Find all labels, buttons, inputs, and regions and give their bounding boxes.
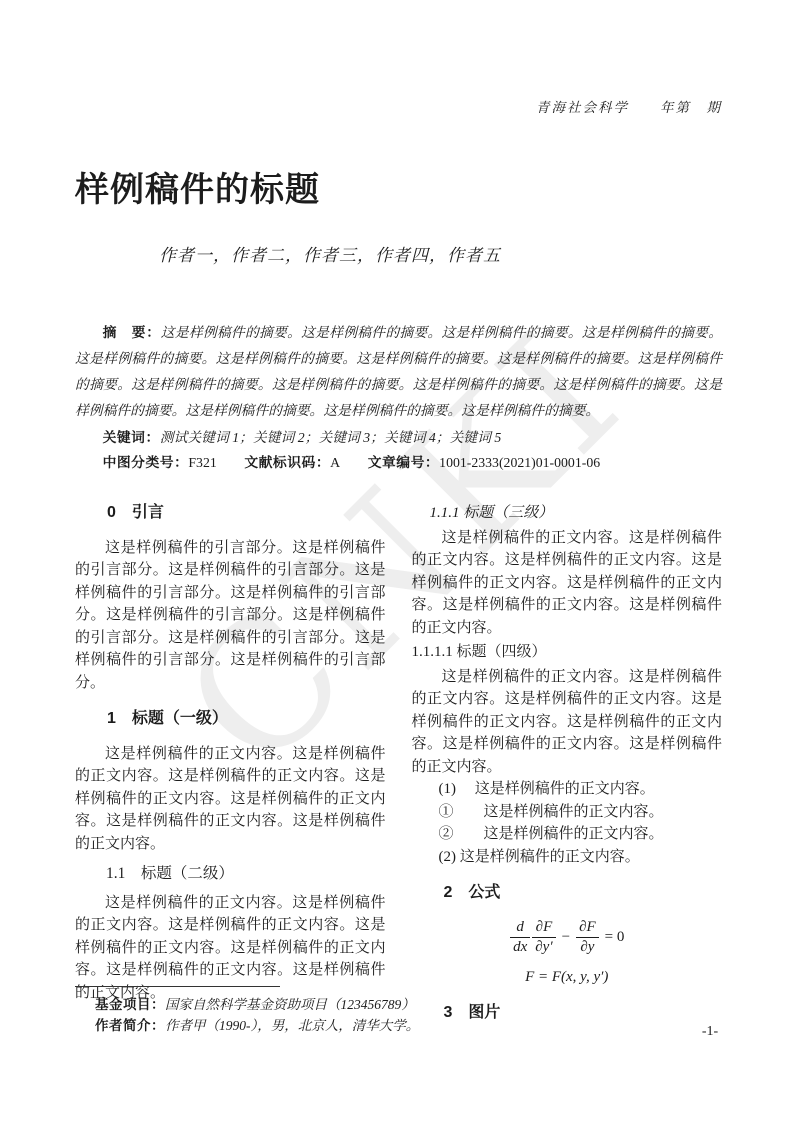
- keywords-text: 测试关键词 1；关键词 2；关键词 3；关键词 4；关键词 5: [160, 430, 501, 445]
- document-page: CNKI 青海社会科学 年第 期 样例稿件的标题 作者一，作者二，作者三，作者四…: [0, 0, 794, 1123]
- left-column: 0 引言 这是样例稿件的引言部分。这是样例稿件的引言部分。这是样例稿件的引言部分…: [75, 500, 386, 1037]
- abstract-paragraph: 摘 要：这是样例稿件的摘要。这是样例稿件的摘要。这是样例稿件的摘要。这是样例稿件…: [75, 320, 722, 424]
- heading-level4: 1.1.1.1 标题（四级）: [412, 641, 723, 664]
- keywords-label: 关键词：: [103, 430, 160, 445]
- two-column-body: 0 引言 这是样例稿件的引言部分。这是样例稿件的引言部分。这是样例稿件的引言部分…: [75, 500, 722, 1037]
- page-number: -1-: [690, 1024, 730, 1040]
- heading-intro: 0 引言: [75, 502, 386, 525]
- fraction-d-dx: ddx: [510, 919, 530, 956]
- footnote-rule: [75, 986, 280, 987]
- denominator: ∂y′: [532, 938, 555, 956]
- formula-block: ddx∂F∂y′−∂F∂y= 0 F = F(x, y, y′): [412, 919, 723, 989]
- article-title: 样例稿件的标题: [75, 162, 722, 211]
- footnote-block: 基金项目：国家自然科学基金资助项目（123456789） 作者简介：作者甲（19…: [75, 986, 495, 1036]
- abstract-text: 这是样例稿件的摘要。这是样例稿件的摘要。这是样例稿件的摘要。这是样例稿件的摘要。…: [75, 325, 722, 418]
- page-content: 青海社会科学 年第 期 样例稿件的标题 作者一，作者二，作者三，作者四，作者五 …: [0, 0, 794, 1037]
- euler-lagrange-formula: ddx∂F∂y′−∂F∂y= 0: [412, 919, 723, 956]
- numerator: d: [510, 919, 530, 938]
- list-item: (2) 这是样例稿件的正文内容。: [412, 846, 723, 869]
- bio-line: 作者简介：作者甲（1990-），男，北京人，清华大学。: [75, 1015, 495, 1036]
- classification-line: 中图分类号：F321文献标识码：A文章编号：1001-2333(2021)01-…: [75, 452, 722, 474]
- doc-code-label: 文献标识码：: [244, 455, 330, 470]
- intro-paragraph: 这是样例稿件的引言部分。这是样例稿件的引言部分。这是样例稿件的引言部分。这是样例…: [75, 537, 386, 695]
- right-column: 1.1.1 标题（三级） 这是样例稿件的正文内容。这是样例稿件的正文内容。这是样…: [412, 500, 723, 1037]
- meta-block: 摘 要：这是样例稿件的摘要。这是样例稿件的摘要。这是样例稿件的摘要。这是样例稿件…: [75, 320, 722, 474]
- doc-code-value: A: [330, 455, 340, 470]
- article-id-value: 1001-2333(2021)01-0001-06: [439, 455, 600, 470]
- body-paragraph: 这是样例稿件的正文内容。这是样例稿件的正文内容。这是样例稿件的正文内容。这是样例…: [412, 666, 723, 779]
- article-id-label: 文章编号：: [368, 455, 439, 470]
- body-paragraph: 这是样例稿件的正文内容。这是样例稿件的正文内容。这是样例稿件的正文内容。这是样例…: [412, 527, 723, 640]
- abstract-label: 摘 要：: [103, 325, 161, 340]
- heading-formula: 2 公式: [412, 882, 723, 905]
- author-line: 作者一，作者二，作者三，作者四，作者五: [75, 241, 585, 266]
- functional-formula: F = F(x, y, y′): [412, 966, 723, 989]
- body-paragraph: 这是样例稿件的正文内容。这是样例稿件的正文内容。这是样例稿件的正文内容。这是样例…: [75, 743, 386, 856]
- journal-header: 青海社会科学 年第 期: [75, 96, 722, 116]
- fund-text: 国家自然科学基金资助项目（123456789）: [165, 997, 415, 1012]
- heading-level2: 1.1 标题（二级）: [75, 863, 386, 886]
- minus-operator: −: [562, 926, 570, 949]
- numerator: ∂F: [576, 919, 599, 938]
- keywords-line: 关键词：测试关键词 1；关键词 2；关键词 3；关键词 4；关键词 5: [75, 427, 722, 449]
- bio-text: 作者甲（1990-），男，北京人，清华大学。: [165, 1018, 419, 1033]
- equals-zero: = 0: [605, 926, 625, 949]
- numerator: ∂F: [532, 919, 555, 938]
- denominator: ∂y: [576, 938, 599, 956]
- fraction-dF-dyprime: ∂F∂y′: [532, 919, 555, 956]
- denominator: dx: [510, 938, 530, 956]
- list-item: ① 这是样例稿件的正文内容。: [412, 801, 723, 824]
- fund-label: 基金项目：: [95, 997, 165, 1012]
- bio-label: 作者简介：: [95, 1018, 165, 1033]
- fraction-dF-dy: ∂F∂y: [576, 919, 599, 956]
- clc-label: 中图分类号：: [103, 455, 189, 470]
- clc-value: F321: [188, 455, 216, 470]
- fund-line: 基金项目：国家自然科学基金资助项目（123456789）: [75, 994, 495, 1015]
- heading-level1: 1 标题（一级）: [75, 708, 386, 731]
- heading-level3: 1.1.1 标题（三级）: [412, 502, 723, 525]
- list-item: (1) 这是样例稿件的正文内容。: [412, 778, 723, 801]
- list-item: ② 这是样例稿件的正文内容。: [412, 823, 723, 846]
